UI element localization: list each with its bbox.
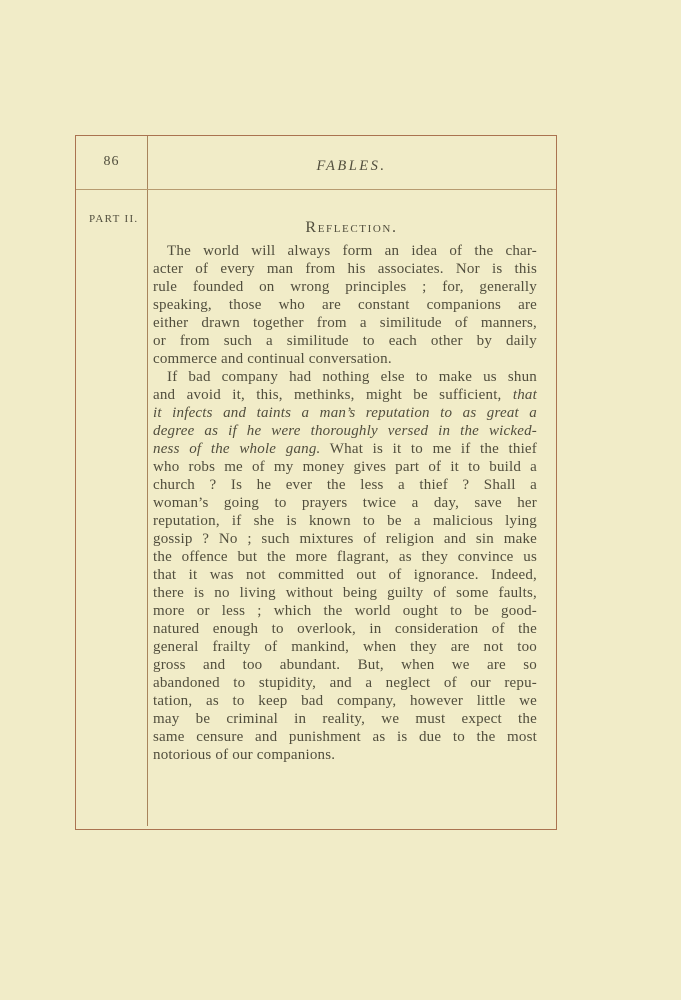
margin-divider-line [147,136,148,826]
part-label: PART II. [89,214,138,225]
italic-text-segment: ness of the whole gang. [153,441,321,457]
text-line: speaking, those who are constant compani… [153,296,537,314]
text-segment: If bad company had nothing else to make … [167,369,537,385]
text-segment: The world will always form an idea of th… [167,243,537,259]
text-line: or from such a similitude to each other … [153,332,537,350]
text-line: gross and too abundant. But, when we are… [153,656,537,674]
text-segment: there is no living without being guilty … [153,585,537,601]
text-line: it infects and taints a man’s reputation… [153,404,537,422]
text-segment: the offence but the more flagrant, as th… [153,549,537,565]
text-line: notorious of our companions. [153,746,537,764]
italic-text-segment: it infects and taints a man’s reputation… [153,405,537,421]
text-segment: who robs me of my money gives part of it… [153,459,537,475]
text-line: natured enough to overlook, in considera… [153,620,537,638]
text-segment: speaking, those who are constant compani… [153,297,537,313]
text-line: gossip ? No ; such mixtures of religion … [153,530,537,548]
text-segment: and avoid it, this, methinks, might be s… [153,387,513,403]
text-line: tation, as to keep bad company, however … [153,692,537,710]
body-text: The world will always form an idea of th… [153,242,537,764]
text-line: who robs me of my money gives part of it… [153,458,537,476]
text-line: more or less ; which the world ought to … [153,602,537,620]
text-line: either drawn together from a similitude … [153,314,537,332]
text-line: the offence but the more flagrant, as th… [153,548,537,566]
text-line: reputation, if she is known to be a mali… [153,512,537,530]
text-segment: or from such a similitude to each other … [153,333,537,349]
text-segment: either drawn together from a similitude … [153,315,537,331]
page-number: 86 [76,155,147,169]
text-line: general frailty of mankind, when they ar… [153,638,537,656]
running-header: FABLES. [147,159,556,174]
text-segment: general frailty of mankind, when they ar… [153,639,537,655]
text-segment: same censure and punishment as is due to… [153,729,537,745]
text-segment: abandoned to stupidity, and a neglect of… [153,675,537,691]
text-line: may be criminal in reality, we must expe… [153,710,537,728]
text-line: church ? Is he ever the less a thief ? S… [153,476,537,494]
text-segment: rule founded on wrong principles ; for, … [153,279,537,295]
text-segment: more or less ; which the world ought to … [153,603,537,619]
text-segment: acter of every man from his associates. … [153,261,537,277]
text-segment: that it was not committed out of ignoran… [153,567,537,583]
text-line: The world will always form an idea of th… [153,242,537,260]
text-line: there is no living without being guilty … [153,584,537,602]
text-line: commerce and continual conversation. [153,350,537,368]
text-line: If bad company had nothing else to make … [153,368,537,386]
text-segment: church ? Is he ever the less a thief ? S… [153,477,537,493]
text-segment: woman’s going to prayers twice a day, sa… [153,495,537,511]
text-line: rule founded on wrong principles ; for, … [153,278,537,296]
text-line: degree as if he were thoroughly versed i… [153,422,537,440]
text-segment: commerce and continual conversation. [153,351,392,367]
text-segment: gross and too abundant. But, when we are… [153,657,537,673]
text-segment: natured enough to overlook, in considera… [153,621,537,637]
text-line: and avoid it, this, methinks, might be s… [153,386,537,404]
text-segment: notorious of our companions. [153,747,335,763]
text-segment: gossip ? No ; such mixtures of religion … [153,531,537,547]
text-segment: may be criminal in reality, we must expe… [153,711,537,727]
text-line: woman’s going to prayers twice a day, sa… [153,494,537,512]
text-segment: reputation, if she is known to be a mali… [153,513,537,529]
text-line: same censure and punishment as is due to… [153,728,537,746]
text-line: that it was not committed out of ignoran… [153,566,537,584]
italic-text-segment: degree as if he were thoroughly versed i… [153,423,537,439]
page-frame: 86 FABLES. PART II. Reflection. The worl… [75,135,557,830]
italic-text-segment: that [513,387,537,403]
book-page: 86 FABLES. PART II. Reflection. The worl… [0,0,681,1000]
text-segment: What is it to me if the thief [321,441,538,457]
header-divider-line [76,189,556,190]
section-title: Reflection. [147,220,556,236]
text-line: acter of every man from his associates. … [153,260,537,278]
text-segment: tation, as to keep bad company, however … [153,693,537,709]
text-line: abandoned to stupidity, and a neglect of… [153,674,537,692]
text-line: ness of the whole gang. What is it to me… [153,440,537,458]
